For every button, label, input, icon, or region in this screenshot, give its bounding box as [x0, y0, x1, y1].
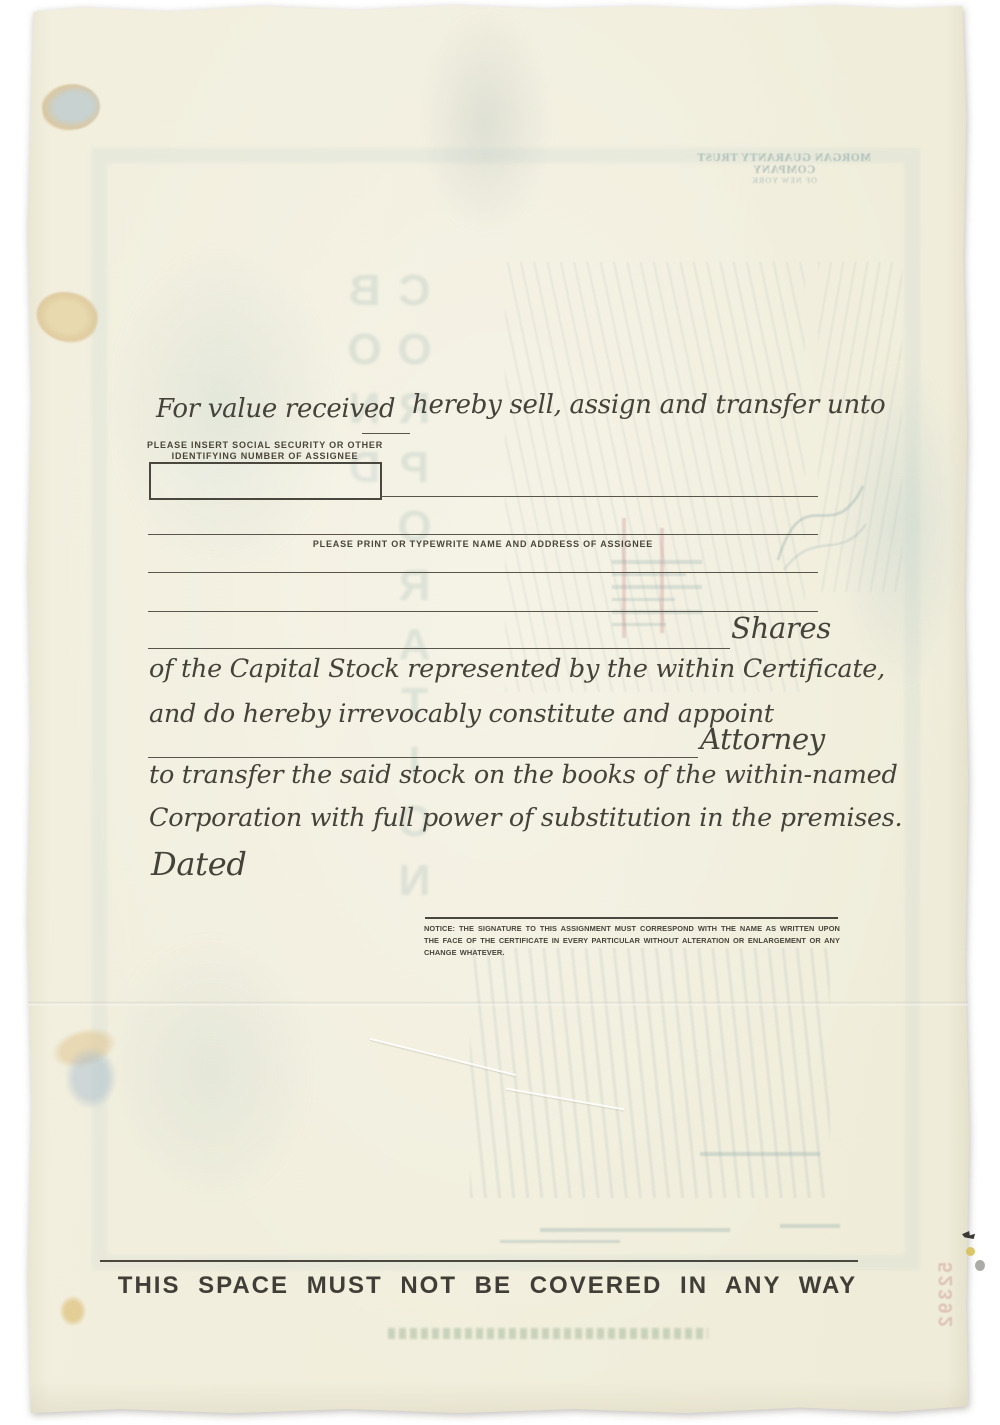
ssn-entry-box: [149, 462, 382, 500]
ssn-instruction-line1: PLEASE INSERT SOCIAL SECURITY OR OTHER: [138, 440, 392, 451]
script-capital-line1: of the Capital Stock represented by the …: [149, 654, 885, 684]
ruled-line-3: [148, 572, 818, 573]
script-transfer-line1: to transfer the said stock on the books …: [149, 760, 898, 790]
script-shares: Shares: [731, 611, 831, 645]
assignee-instruction: PLEASE PRINT OR TYPEWRITE NAME AND ADDRE…: [148, 539, 818, 550]
signature-notice: NOTICE: THE SIGNATURE TO THIS ASSIGNMENT…: [424, 923, 840, 959]
ruled-line-1: [380, 496, 818, 497]
script-attorney: Attorney: [700, 722, 825, 756]
ruled-line-4: [148, 611, 818, 612]
space-must-not-be-covered-heading: THIS SPACE MUST NOT BE COVERED IN ANY WA…: [45, 1272, 930, 1300]
bottom-rule: [100, 1260, 858, 1262]
script-transfer-line2: Corporation with full power of substitut…: [149, 803, 902, 833]
ruled-line-5: [148, 648, 730, 649]
script-for-value-received: For value received: [156, 394, 395, 424]
ssn-instruction-line2: IDENTIFYING NUMBER OF ASSIGNEE: [138, 451, 392, 462]
scanned-stock-certificate-back: MORGAN GUARANTY TRUST COMPANY OF NEW YOR…: [0, 0, 1000, 1425]
signature-line: [425, 917, 838, 919]
ssn-instruction: PLEASE INSERT SOCIAL SECURITY OR OTHER I…: [138, 440, 392, 463]
blank-line-received: [362, 433, 410, 434]
script-capital-line2: and do hereby irrevocably constitute and…: [149, 699, 774, 729]
script-hereby-sell: hereby sell, assign and transfer unto: [412, 390, 885, 420]
ruled-line-attorney: [148, 757, 698, 758]
script-dated: Dated: [151, 845, 247, 883]
ruled-line-2: [148, 534, 818, 535]
